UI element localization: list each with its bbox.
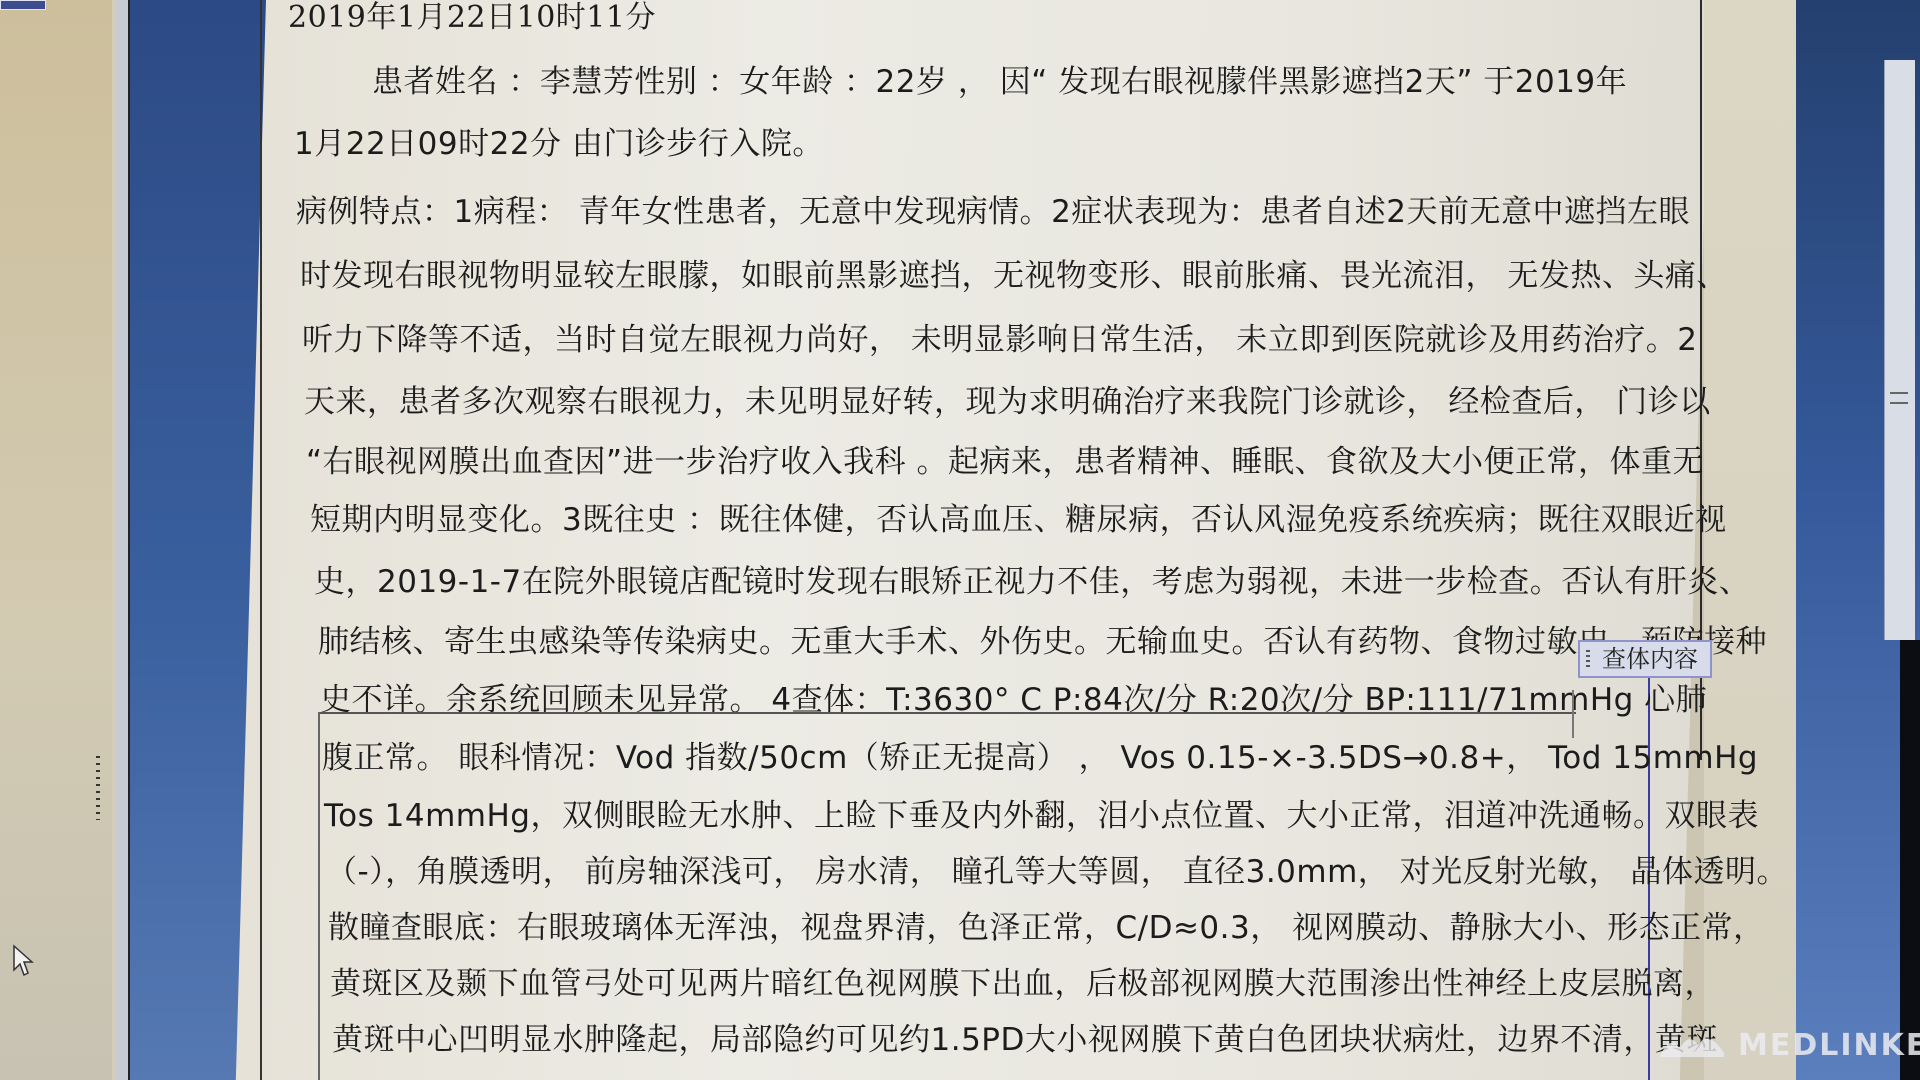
exam-content-box-top [318,712,1576,738]
watermark-text: MEDLINKER [1738,1028,1920,1063]
watermark: MEDLINKER [1656,1028,1920,1063]
paragraph-line: 患者姓名 ：李慧芳性别 ：女年龄 ：22岁 ， 因“ 发现右眼视朦伴黑影遮挡2天… [372,56,1627,101]
paragraph-line: 散瞳查眼底：右眼玻璃体无浑浊，视盘界清，色泽正常，C/D≈0.3， 视网膜动、静… [328,902,1765,947]
paragraph-line: “右眼视网膜出血查因”进一步治疗收入我科 。起病来，患者精神、睡眠、食欲及大小便… [306,436,1704,481]
exam-content-box-left [318,712,320,1080]
paragraph-line: 天来，患者多次观察右眼视力，未见明显好转，现为求明确治疗来我院门诊就诊， 经检查… [304,376,1711,421]
paragraph-line: 听力下降等不适，当时自觉左眼视力尚好， 未明显影响日常生活， 未立即到医院就诊及… [302,314,1697,359]
paragraph-line: Tos 14mmHg，双侧眼睑无水肿、上睑下垂及内外翻，泪小点位置、大小正常，泪… [324,790,1759,835]
exam-content-box-right [1572,690,1574,738]
paragraph-line: 病例特点：1病程： 青年女性患者，无意中发现病情。2症状表现为：患者自述2天前无… [296,186,1690,231]
document-body[interactable]: 2019年1月22日10时11分 患者姓名 ：李慧芳性别 ：女年龄 ：22岁 ，… [0,0,1920,1080]
paragraph-line: 腹正常。 眼科情况：Vod 指数/50cm（矫正无提高） ， Vos 0.15-… [322,732,1758,777]
paragraph-line: 时发现右眼视物明显较左眼朦，如眼前黑影遮挡，无视物变形、眼前胀痛、畏光流泪， 无… [300,250,1728,295]
paragraph-line: 黄斑区及颞下血管弓处可见两片暗红色视网膜下出血，后极部视网膜大范围渗出性神经上皮… [330,958,1716,1003]
paragraph-line: 黄斑中心凹明显水肿隆起，局部隐约可见约1.5PD大小视网膜下黄白色团块状病灶，边… [332,1014,1718,1059]
paragraph-line: 史，2019-1-7在院外眼镜店配镜时发现右眼矫正视力不佳，考虑为弱视，未进一步… [314,556,1750,601]
paragraph-line: 短期内明显变化。3既往史 ：既往体健，否认高血压、糖尿病，否认风湿免疫系统疾病；… [310,494,1727,539]
medlinker-logo-icon [1656,1031,1728,1061]
content-control-tag[interactable]: 查体内容 [1578,640,1712,678]
paragraph-line: 1月22日09时22分 由门诊步行入院。 [294,118,824,163]
content-control-label: 查体内容 [1602,645,1698,673]
paragraph-line: 肺结核、寄生虫感染等传染病史。无重大手术、外伤史。无输血史。否认有药物、食物过敏… [318,616,1767,661]
header-datetime: 2019年1月22日10时11分 [288,0,656,36]
paragraph-line: （-），角膜透明， 前房轴深浅可， 房水清， 瞳孔等大等圆， 直径3.0mm， … [326,846,1788,891]
monitor-photo: 2019年1月22日10时11分 患者姓名 ：李慧芳性别 ：女年龄 ：22岁 ，… [0,0,1920,1080]
